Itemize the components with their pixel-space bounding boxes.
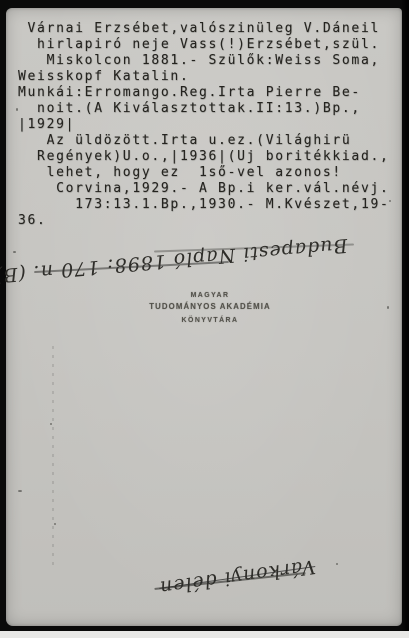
typed-line: Weisskopf Katalin. — [18, 69, 390, 85]
paper-speck — [389, 200, 391, 202]
stamp-line-1: MAGYAR — [131, 290, 289, 300]
paper-speck — [54, 523, 56, 525]
typed-line: Munkái:Erromango.Reg.Irta Pierre Be- — [18, 85, 390, 101]
scan-bottom-strip — [0, 631, 409, 638]
typed-line: Miskolcon 1881.- Szülők:Weiss Soma, — [18, 53, 390, 69]
typed-line: 173:13.1.Bp.,1930.- M.Kvészet,19- — [18, 197, 390, 213]
scan-edge-shadow — [401, 0, 409, 638]
paper-speck — [387, 306, 389, 309]
scanned-catalog-card: Várnai Erzsébet,valószinüleg V.Dáneil hi… — [0, 0, 409, 638]
library-stamp: MAGYAR TUDOMÁNYOS AKADÉMIA KÖNYVTÁRA — [131, 290, 289, 325]
handwritten-note-middle: Budapesti Napló 1898: 170 n. (B). — [25, 222, 350, 296]
stamp-line-3: KÖNYVTÁRA — [131, 315, 289, 325]
paper-speck — [16, 108, 18, 111]
typed-line: lehet, hogy ez 1ső-vel azonos! — [18, 165, 390, 181]
stamp-line-2: TUDOMÁNYOS AKADÉMIA — [131, 301, 289, 311]
paper-speck — [18, 490, 22, 492]
typed-line: Az üldözött.Irta u.ez.(Világhirü — [18, 133, 390, 149]
typed-line: Corvina,1929.- A Bp.i ker.vál.névj. — [18, 181, 390, 197]
paper-speck — [336, 563, 338, 565]
handwritten-note-bottom: Várkonyi délen — [142, 544, 318, 612]
typed-line: hirlapiró neje Vass(!)Erzsébet,szül. — [18, 37, 390, 53]
typed-line: Regények)U.o.,|1936|(Uj boritékkiad., — [18, 149, 390, 165]
typed-line: Várnai Erzsébet,valószinüleg V.Dáneil — [18, 21, 390, 37]
paper-crease — [52, 346, 54, 570]
paper-speck — [13, 251, 16, 253]
typed-text-block: Várnai Erzsébet,valószinüleg V.Dáneil hi… — [18, 21, 390, 229]
catalog-card-paper: Várnai Erzsébet,valószinüleg V.Dáneil hi… — [6, 8, 402, 626]
typed-line: |1929| — [18, 117, 390, 133]
typed-line: noit.(A Kiválasztottak.II:13.)Bp., — [18, 101, 390, 117]
paper-speck — [50, 423, 52, 425]
